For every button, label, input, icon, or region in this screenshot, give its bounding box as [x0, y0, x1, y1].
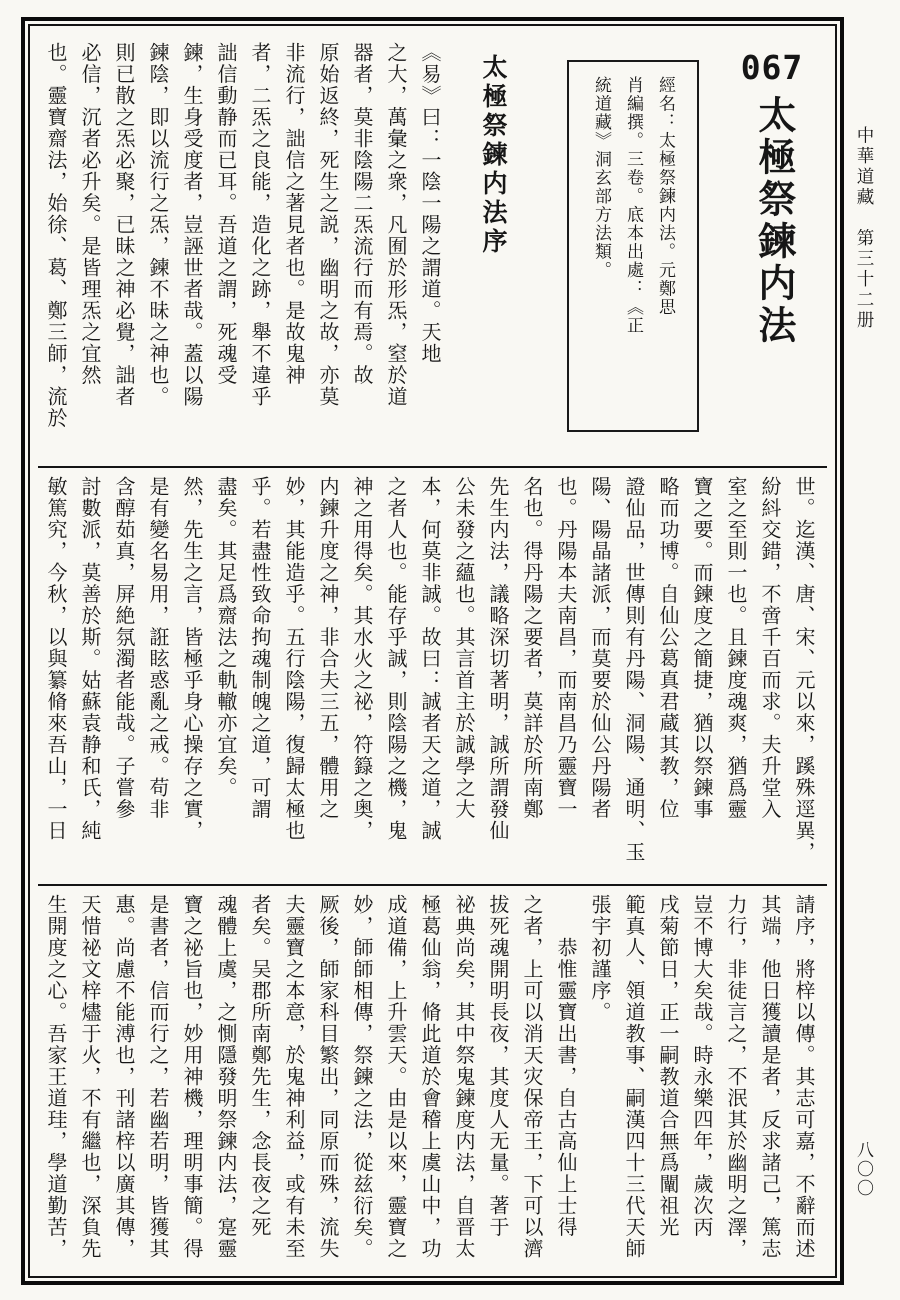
colophon-column: 肖編撰。三卷。底本出處：《正	[617, 76, 649, 416]
text-column: 力行，非徒言之，不泯其於幽明之澤，	[718, 894, 752, 1276]
item-number: 067	[721, 48, 823, 87]
text-column: 恭惟靈寶出書，自古高仙上士得	[548, 894, 582, 1276]
text-column: 之者人也。能存乎誠，則陰陽之機，鬼	[378, 476, 412, 880]
text-column: 範真人、領道教事、嗣漢四十三代天師	[616, 894, 650, 1276]
text-column: 者矣。吴郡所南鄭先生，念長夜之死	[242, 894, 276, 1276]
text-column: 也。靈寶齋法，始徐、葛、鄭三師，流於	[38, 42, 72, 462]
colophon-box: 經名：太極祭鍊内法。元鄭思肖編撰。三卷。底本出處：《正統道藏》洞玄部方法類。	[567, 60, 699, 432]
text-column: 必信，沉者必升矣。是皆理炁之宜然	[72, 42, 106, 462]
text-column: 敏篤究，今秋，以與纂脩來吾山，一日	[38, 476, 72, 880]
text-column: 室之至則一也。且鍊度魂爽，猶爲靈	[718, 476, 752, 880]
text-column: 神之用得矣。其水火之祕，符籙之奥，	[344, 476, 378, 880]
text-column: 討數派，莫善於斯。姑蘇袁静和氏，純	[72, 476, 106, 880]
text-column: 惠。尚慮不能溥也，刊諸梓以廣其傳，	[106, 894, 140, 1276]
text-column: 張宇初謹序。	[582, 894, 616, 1276]
text-column: 之者，上可以消天灾保帝王，下可以濟	[514, 894, 548, 1276]
text-column: 證仙品，世傳則有丹陽、洞陽、通明、玉	[616, 476, 650, 880]
text-column: 寶之祕旨也，妙用神機，理明事簡。得	[174, 894, 208, 1276]
text-column: 祕典尚矣，其中祭鬼鍊度内法，自晋太	[446, 894, 480, 1276]
text-column: 戌菊節日，正一嗣教道合無爲闡祖光	[650, 894, 684, 1276]
scripture-title-block: 067 太極祭鍊内法	[721, 48, 823, 448]
text-column: 乎。若盡性致命拘魂制魄之道，可謂	[242, 476, 276, 880]
text-column: 成道備，上升雲天。由是以來，靈寶之	[378, 894, 412, 1276]
text-column: 非流行，詘信之著見者也。是故鬼神	[276, 42, 310, 462]
text-column: 極葛仙翁，脩此道於會稽上虞山中，功	[412, 894, 446, 1276]
text-column: 《易》曰：一陰一陽之謂道。天地	[412, 42, 446, 462]
text-column: 紛紏交錯，不啻千百而求。夫升堂入	[752, 476, 786, 880]
text-column: 盡矣。其足爲齋法之軌轍亦宜矣。	[208, 476, 242, 880]
text-column: 豈不博大矣哉。時永樂四年，歲次丙	[684, 894, 718, 1276]
band-top-columns: 太極祭鍊内法序 《易》曰：一陰一陽之謂道。天地之大，萬彙之衆，凡囿於形炁，窒於道…	[38, 34, 821, 466]
text-column: 也。丹陽本夫南昌，而南昌乃靈寶一	[548, 476, 582, 880]
band-middle: 世。迄漢、唐、宋、元以來，蹊殊逕異，紛紏交錯，不啻千百而求。夫升堂入室之至則一也…	[38, 468, 827, 886]
scripture-title: 太極祭鍊内法	[750, 95, 794, 347]
text-column: 器者，莫非陰陽二炁流行而有焉。故	[344, 42, 378, 462]
band-bottom: 請序，將梓以傳。其志可嘉，不辭而述其端，他日獲讀是者，反求諸己，篤志力行，非徒言…	[38, 886, 827, 1280]
section-heading: 太極祭鍊内法序	[468, 54, 516, 462]
text-column: 寶之要。而鍊度之簡捷，猶以祭鍊事	[684, 476, 718, 880]
text-column: 夫靈寶之本意，於鬼神利益，或有未至	[276, 894, 310, 1276]
band-middle-columns: 世。迄漢、唐、宋、元以來，蹊殊逕異，紛紏交錯，不啻千百而求。夫升堂入室之至則一也…	[38, 468, 828, 884]
page-frame: 067 太極祭鍊内法 經名：太極祭鍊内法。元鄭思肖編撰。三卷。底本出處：《正統道…	[21, 17, 844, 1285]
text-column: 者，二炁之良能，造化之跡，舉不違乎	[242, 42, 276, 462]
text-column: 内鍊升度之神，非合夫三五，體用之	[310, 476, 344, 880]
band-bottom-columns: 請序，將梓以傳。其志可嘉，不辭而述其端，他日獲讀是者，反求諸己，篤志力行，非徒言…	[38, 886, 828, 1280]
text-column: 是書者，信而行之，若幽若明，皆獲其	[140, 894, 174, 1276]
colophon-column: 統道藏》洞玄部方法類。	[585, 76, 617, 416]
text-column: 生開度之心。吾家王道珪，學道勤苦，	[38, 894, 72, 1276]
text-column: 陽、陽晶諸派，而莫要於仙公丹陽者	[582, 476, 616, 880]
page: { "page": { "item_number": "067", "title…	[0, 0, 900, 1300]
text-column: 則已散之炁必聚，已昧之神必覺，詘者	[106, 42, 140, 462]
page-number: 八〇〇	[851, 1141, 876, 1198]
text-column: 魂體上虞，之惻隱發明祭鍊内法，寔靈	[208, 894, 242, 1276]
text-column: 詘信動静而已耳。吾道之謂，死魂受	[208, 42, 242, 462]
page-frame-inner: 067 太極祭鍊内法 經名：太極祭鍊内法。元鄭思肖編撰。三卷。底本出處：《正統道…	[28, 24, 837, 1278]
band-top: 067 太極祭鍊内法 經名：太極祭鍊内法。元鄭思肖編撰。三卷。底本出處：《正統道…	[38, 34, 827, 468]
text-column: 略而功博。自仙公葛真君蔵其教，位	[650, 476, 684, 880]
text-column: 厥後，師家科目繁出，同原而殊，流失	[310, 894, 344, 1276]
text-column: 妙，師師相傳，祭鍊之法，從兹衍矣。	[344, 894, 378, 1276]
text-column: 含醇茹真，屏絶氛濁者能哉。子嘗參	[106, 476, 140, 880]
text-column: 請序，將梓以傳。其志可嘉，不辭而述	[786, 894, 820, 1276]
text-column: 妙，其能造乎。五行陰陽，復歸太極也	[276, 476, 310, 880]
text-column: 鍊陰，即以流行之炁，鍊不昧之神也。	[140, 42, 174, 462]
text-column: 先生内法，議略深切著明，誠所謂發仙	[480, 476, 514, 880]
text-column: 本，何莫非誠。故曰：誠者天之道，誠	[412, 476, 446, 880]
text-column: 公未發之蘊也。其言首主於誠學之大	[446, 476, 480, 880]
page-content: 067 太極祭鍊内法 經名：太極祭鍊内法。元鄭思肖編撰。三卷。底本出處：《正統道…	[32, 28, 833, 1274]
text-column: 是有變名易用，誑眩惑亂之戒。苟非	[140, 476, 174, 880]
text-column: 之大，萬彙之衆，凡囿於形炁，窒於道	[378, 42, 412, 462]
volume-label: 中華道藏 第三十二册	[853, 126, 878, 331]
text-column: 其端，他日獲讀是者，反求諸己，篤志	[752, 894, 786, 1276]
text-column: 然，先生之言，皆極乎身心操存之實，	[174, 476, 208, 880]
text-column: 世。迄漢、唐、宋、元以來，蹊殊逕異，	[786, 476, 820, 880]
text-column: 天惜祕文梓燼于火，不有繼也，深負先	[72, 894, 106, 1276]
text-column: 拔死魂開明長夜，其度人无量。著于	[480, 894, 514, 1276]
colophon-column: 經名：太極祭鍊内法。元鄭思	[649, 76, 681, 416]
text-column: 名也。得丹陽之要者，莫詳於所南鄭	[514, 476, 548, 880]
text-column: 原始返終，死生之説，幽明之故，亦莫	[310, 42, 344, 462]
text-column: 鍊，生身受度者，豈誣世者哉。蓋以陽	[174, 42, 208, 462]
